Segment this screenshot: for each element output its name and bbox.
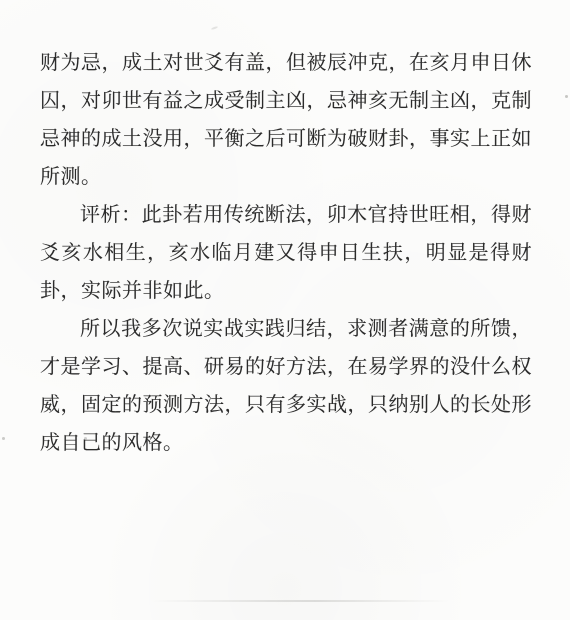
scan-speck bbox=[565, 95, 568, 98]
text-line: 财为忌，成土对世爻有盖，但被辰冲克，在亥月申日休 bbox=[40, 44, 532, 82]
text-line: 成自己的风格。 bbox=[40, 424, 532, 462]
scan-smudge bbox=[150, 600, 450, 602]
scan-speck bbox=[211, 26, 218, 30]
text-line: 所测。 bbox=[40, 158, 532, 196]
text-line: 才是学习、提高、研易的好方法，在易学界的没什么权 bbox=[40, 348, 532, 386]
scan-speck bbox=[2, 437, 5, 440]
text-line: 忌神的成土没用，平衡之后可断为破财卦，事实上正如 bbox=[40, 120, 532, 158]
text-line: 卦，实际并非如此。 bbox=[40, 272, 532, 310]
text-line: 囚，对卯世有益之成受制主凶，忌神亥无制主凶，克制 bbox=[40, 82, 532, 120]
scanned-page: 财为忌，成土对世爻有盖，但被辰冲克，在亥月申日休 囚，对卯世有益之成受制主凶，忌… bbox=[0, 0, 570, 620]
text-line: 评析：此卦若用传统断法，卯木官持世旺相，得财 bbox=[40, 196, 532, 234]
text-line: 所以我多次说实战实践归结，求测者满意的所馈， bbox=[40, 310, 532, 348]
text-line: 威，固定的预测方法，只有多实战，只纳别人的长处形 bbox=[40, 386, 532, 424]
text-line: 爻亥水相生，亥水临月建又得申日生扶，明显是得财 bbox=[40, 234, 532, 272]
body-text: 财为忌，成土对世爻有盖，但被辰冲克，在亥月申日休 囚，对卯世有益之成受制主凶，忌… bbox=[40, 44, 532, 462]
